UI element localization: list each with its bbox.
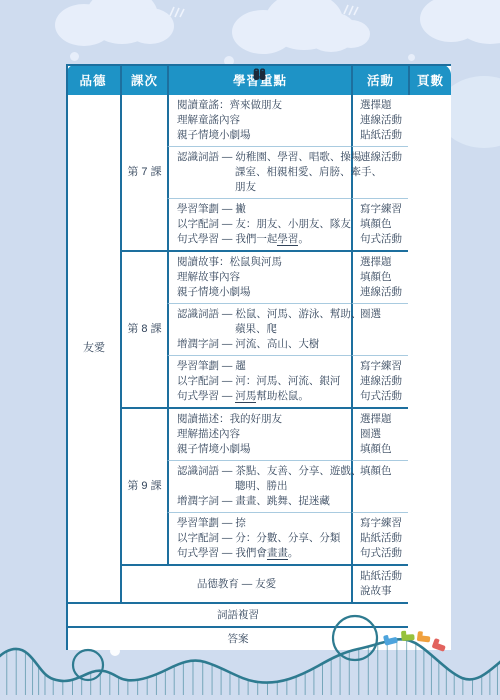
train-car-green: [401, 630, 415, 641]
coaster-track: [0, 639, 500, 682]
roller-coaster-illustration: [0, 598, 500, 700]
cloud: [126, 8, 174, 44]
page-cell: 90: [66, 64, 451, 650]
coaster-train: [383, 630, 447, 652]
cloud-dot: [70, 52, 79, 61]
cloud: [332, 20, 370, 48]
coaster-loop-small: [73, 650, 103, 680]
sparkle-marks-icon: [168, 4, 186, 18]
sparkle-marks-icon: [342, 2, 360, 16]
toc-page: 品德 課次 學習重點 活動 頁數 友愛 第 7 課 閱讀童謠：齊來做朋友 理解童…: [0, 0, 500, 700]
cloud-dot: [408, 54, 415, 61]
train-car-orange: [417, 631, 431, 643]
coaster-loop-large: [333, 616, 377, 660]
train-car-blue: [383, 633, 398, 646]
toc-table: 品德 課次 學習重點 活動 頁數 友愛 第 7 課 閱讀童謠：齊來做朋友 理解童…: [66, 64, 451, 650]
train-car-red: [432, 638, 448, 652]
